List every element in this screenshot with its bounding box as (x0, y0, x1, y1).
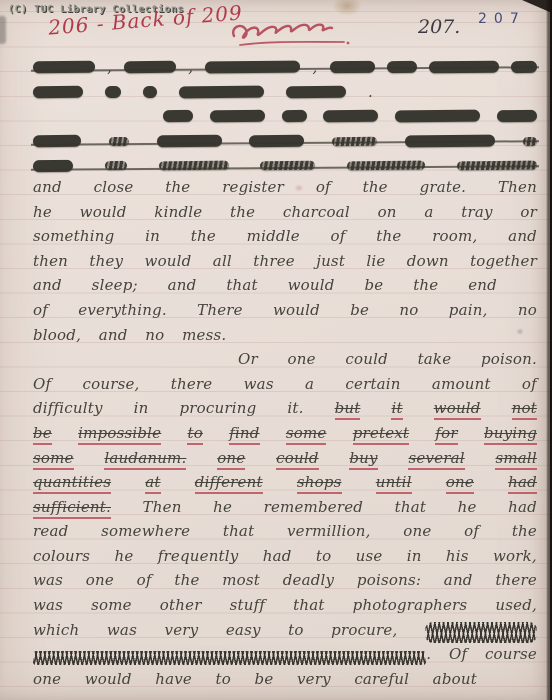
redacted-word (429, 61, 499, 74)
manuscript-line: readsomewherethatvermillion,oneofthe (33, 522, 537, 547)
handwritten-word: amount (432, 375, 491, 393)
handwritten-word: sufficient. (33, 498, 111, 519)
manuscript-line: difficultyinprocuringit.butitwouldnot (33, 399, 537, 424)
handwritten-word: and (444, 571, 473, 589)
redacted-word (323, 110, 378, 123)
handwritten-text: . Of course (426, 645, 537, 663)
manuscript-line (33, 129, 537, 154)
manuscript-line (33, 104, 537, 129)
handwritten-word: the (174, 571, 199, 589)
manuscript-line: whichwasveryeasytoprocure, (33, 621, 537, 646)
redacted-word (163, 110, 193, 122)
handwritten-word: he (458, 498, 477, 516)
handwritten-word: in (134, 399, 149, 417)
handwritten-word: lie (366, 252, 385, 270)
handwritten-word: very (297, 670, 331, 688)
redacted-word (332, 136, 377, 145)
handwritten-word: of (522, 375, 537, 393)
handwritten-word: had (508, 498, 537, 516)
handwritten-word: for (435, 424, 457, 445)
redacted-word (33, 135, 81, 148)
handwritten-word: frequently (158, 547, 239, 565)
handwritten-word: shops (297, 473, 342, 494)
handwritten-word: one (446, 473, 474, 494)
handwritten-word: grate. (420, 178, 467, 196)
handwritten-word: a (424, 203, 433, 221)
manuscript-line: andclosetheregisterofthegrate.Then (33, 178, 537, 203)
handwritten-word: sleep; (92, 276, 138, 294)
handwritten-word: on (378, 203, 397, 221)
manuscript-line: hewouldkindlethecharcoalonatrayor (33, 203, 537, 228)
handwritten-word: have (155, 670, 192, 688)
manuscript-line: quantitiesatdifferentshopsuntilonehad (33, 473, 537, 498)
handwritten-word: together (470, 252, 537, 270)
handwritten-word: other (160, 596, 202, 614)
handwritten-word: all (213, 252, 232, 270)
handwritten-word: could (345, 350, 388, 368)
handwritten-word: that (223, 522, 254, 540)
redacted-word (33, 159, 73, 171)
handwritten-word: kindle (154, 203, 202, 221)
handwritten-word: was (33, 571, 63, 589)
handwritten-word: of (331, 227, 346, 245)
scribbled-out-text (425, 622, 537, 643)
handwritten-word: which (33, 621, 79, 639)
handwritten-word: until (376, 473, 412, 494)
page-number-blue: 207 (478, 11, 526, 27)
handwritten-word: of (137, 571, 152, 589)
redacted-word (330, 61, 375, 73)
handwritten-word: remembered (264, 498, 364, 516)
redacted-word (157, 135, 222, 148)
handwritten-word: it (391, 399, 402, 420)
redacted-word (497, 110, 537, 122)
handwritten-word: take (418, 350, 452, 368)
handwritten-word: pretext (353, 424, 409, 445)
redacted-word (105, 161, 127, 170)
handwritten-word: just (316, 252, 345, 270)
handwritten-word: no (399, 301, 418, 319)
handwritten-word: some (91, 596, 132, 614)
handwritten-word: would (85, 670, 132, 688)
handwritten-word: they (89, 252, 123, 270)
handwritten-word: different (195, 473, 263, 494)
handwritten-word: that (293, 596, 324, 614)
handwritten-word: Of (33, 375, 51, 393)
handwritten-word: he (213, 498, 232, 516)
handwritten-word: would (434, 399, 481, 420)
redacted-word (179, 85, 264, 98)
redacted-word (347, 161, 425, 171)
paper-smudge (0, 16, 6, 44)
handwritten-word: something (33, 227, 114, 245)
handwritten-word: colours (33, 547, 90, 565)
scan-edge-shadow (546, 0, 552, 700)
manuscript-line: blood, and no mess. (33, 326, 537, 351)
handwritten-word: had (508, 473, 537, 494)
handwritten-word: difficulty (33, 399, 103, 417)
handwritten-word: buy (349, 449, 377, 470)
manuscript-line: wasoneofthemostdeadlypoisons:andthere (33, 571, 537, 596)
handwritten-word: deadly (283, 571, 335, 589)
manuscript-line: beimpossibletofindsomepretextforbuying (33, 424, 537, 449)
handwritten-word: be (364, 276, 383, 294)
paper-stain (332, 0, 362, 16)
handwritten-word: easy (226, 621, 261, 639)
redacted-word (286, 86, 346, 99)
scribbled-out-text (33, 651, 426, 665)
handwritten-word: one (288, 350, 316, 368)
redacted-word (405, 135, 495, 148)
handwritten-word: certain (345, 375, 400, 393)
handwritten-word: he (33, 203, 52, 221)
handwritten-word: impossible (78, 424, 161, 445)
handwritten-word: his (446, 547, 469, 565)
handwritten-word: , (312, 58, 317, 76)
redacted-word (260, 161, 315, 171)
handwritten-word: course, (83, 375, 140, 393)
handwritten-word: very (165, 621, 199, 639)
redacted-word (249, 135, 304, 148)
redacted-word (210, 110, 265, 123)
handwritten-word: that (395, 498, 426, 516)
handwritten-word: but (335, 399, 361, 420)
manuscript-line: thentheywouldallthreejustliedowntogether (33, 252, 537, 277)
handwritten-word: to (187, 424, 202, 445)
handwritten-word: pain, (449, 301, 488, 319)
manuscript-line: wassomeotherstuffthatphotographersused, (33, 596, 537, 621)
handwritten-word: Then (143, 498, 182, 516)
handwritten-word: to (316, 547, 331, 565)
redacted-word (395, 110, 480, 123)
redacted-word (33, 86, 83, 99)
handwritten-word: one (217, 449, 245, 470)
handwritten-word: it. (287, 399, 303, 417)
handwritten-word: somewhere (101, 522, 190, 540)
handwritten-word: would (273, 301, 320, 319)
handwritten-word: one (33, 670, 61, 688)
handwritten-word: could (276, 449, 319, 470)
handwritten-word: he (115, 547, 134, 565)
handwritten-word: of (316, 178, 331, 196)
redacted-word (33, 61, 95, 74)
handwritten-word: was (244, 375, 274, 393)
handwritten-word: , (188, 58, 193, 76)
handwritten-word: quantities (33, 473, 111, 494)
handwritten-word: some (286, 424, 327, 445)
handwritten-word: read (33, 522, 68, 540)
manuscript-line: somethinginthemiddleoftheroom,and (33, 227, 537, 252)
manuscript-line: colourshefrequentlyhadtouseinhiswork, (33, 547, 537, 572)
handwritten-word: charcoal (283, 203, 350, 221)
manuscript-line: Ofcourse,therewasacertainamountof (33, 375, 537, 400)
handwritten-word: end (468, 276, 497, 294)
handwritten-word: the (191, 227, 216, 245)
handwritten-word: was (33, 596, 63, 614)
redacted-word (387, 61, 417, 73)
handwritten-word: and (508, 227, 537, 245)
handwritten-word: that (226, 276, 257, 294)
handwritten-word: room, (432, 227, 477, 245)
handwritten-word: use (356, 547, 383, 565)
handwritten-word: tray (461, 203, 492, 221)
manuscript-line: . Of course (33, 645, 537, 670)
handwritten-word: in (407, 547, 422, 565)
manuscript-line: ,,, (33, 55, 537, 80)
handwritten-word: everything. (78, 301, 167, 319)
handwritten-word: not (512, 399, 537, 420)
redacted-word (511, 61, 537, 73)
handwritten-word: then (33, 252, 68, 270)
manuscript-line: andsleep;andthatwouldbetheend (33, 276, 537, 301)
handwritten-word: work, (493, 547, 537, 565)
handwritten-word: , (107, 58, 112, 76)
manuscript-line: Oronecouldtakepoison. (33, 350, 537, 375)
handwritten-word: most (222, 571, 260, 589)
handwritten-word: one (403, 522, 431, 540)
handwritten-word: at (145, 473, 160, 494)
handwritten-word: to (216, 670, 231, 688)
handwritten-word: a (305, 375, 314, 393)
handwritten-word: and (33, 178, 62, 196)
manuscript-line (33, 153, 537, 178)
handwritten-word: register (222, 178, 284, 196)
handwritten-word: the (413, 276, 438, 294)
handwritten-word: middle (247, 227, 300, 245)
handwritten-word: the (376, 227, 401, 245)
redacted-word (205, 61, 300, 74)
handwritten-word: of (33, 301, 48, 319)
handwritten-word: was (107, 621, 137, 639)
manuscript-lines: ,,,.andclosetheregisterofthegrate.Thenhe… (33, 55, 537, 694)
handwritten-word: photographers (353, 596, 468, 614)
handwritten-word: some (33, 449, 74, 470)
handwritten-word: stuff (230, 596, 266, 614)
handwritten-word: find (229, 424, 259, 445)
handwritten-word: about (433, 670, 477, 688)
handwritten-word: to (288, 621, 303, 639)
handwritten-word: three (253, 252, 295, 270)
handwritten-word: the (165, 178, 190, 196)
manuscript-line: onewouldhavetobeverycarefulabout (33, 670, 537, 695)
handwritten-word: no (518, 301, 537, 319)
handwritten-word: be (350, 301, 369, 319)
handwritten-word: would (145, 252, 192, 270)
handwritten-word: poison. (481, 350, 537, 368)
handwritten-text: blood, and no mess. (33, 326, 226, 344)
page-corner-curl (522, 0, 552, 13)
handwritten-word: there (495, 571, 537, 589)
page-number-ink: 207. (418, 16, 460, 38)
handwritten-word: several (408, 449, 464, 470)
manuscript-line: . (33, 80, 537, 105)
redacted-word (105, 86, 121, 98)
handwritten-word: procuring (180, 399, 257, 417)
handwritten-word: and (168, 276, 197, 294)
manuscript-line: sufficient.Thenherememberedthathehad (33, 498, 537, 523)
handwritten-word: be (33, 424, 52, 445)
handwritten-word: the (230, 203, 255, 221)
redacted-word (124, 61, 176, 74)
handwritten-word: small (495, 449, 536, 470)
redacted-word (159, 161, 229, 171)
handwritten-word: laudanum. (104, 449, 186, 470)
manuscript-page-scan: (C) TUC Library Collections 206 - Back o… (0, 0, 552, 700)
handwritten-word: would (80, 203, 127, 221)
handwritten-word: and (33, 276, 62, 294)
handwritten-word: used, (495, 596, 537, 614)
handwritten-word: buying (484, 424, 537, 445)
handwritten-word: in (145, 227, 160, 245)
redacted-word (523, 137, 537, 146)
handwritten-word: the (512, 522, 537, 540)
handwritten-word: Or (238, 350, 258, 368)
handwritten-word: There (197, 301, 243, 319)
redacted-word (109, 136, 129, 145)
handwritten-word: of (464, 522, 479, 540)
handwritten-word: would (288, 276, 335, 294)
handwritten-word: down (407, 252, 449, 270)
handwritten-word: had (263, 547, 292, 565)
handwritten-word: poisons: (357, 571, 421, 589)
redacted-word (457, 161, 537, 171)
handwritten-text: . (368, 83, 373, 101)
redacted-word (143, 86, 157, 98)
red-scrawl-mark (226, 16, 356, 52)
handwritten-word: Then (498, 178, 537, 196)
handwritten-word: vermillion, (287, 522, 371, 540)
handwritten-word: careful (354, 670, 409, 688)
manuscript-line: somelaudanum.onecouldbuyseveralsmall (33, 449, 537, 474)
handwritten-word: be (255, 670, 274, 688)
manuscript-line: ofeverything.Therewouldbenopain,no (33, 301, 537, 326)
redacted-word (282, 110, 307, 122)
handwritten-word: procure, (331, 621, 397, 639)
handwritten-word: close (94, 178, 134, 196)
handwritten-word: there (171, 375, 213, 393)
handwritten-word: the (363, 178, 388, 196)
handwritten-word: or (520, 203, 537, 221)
handwritten-word: one (86, 571, 114, 589)
